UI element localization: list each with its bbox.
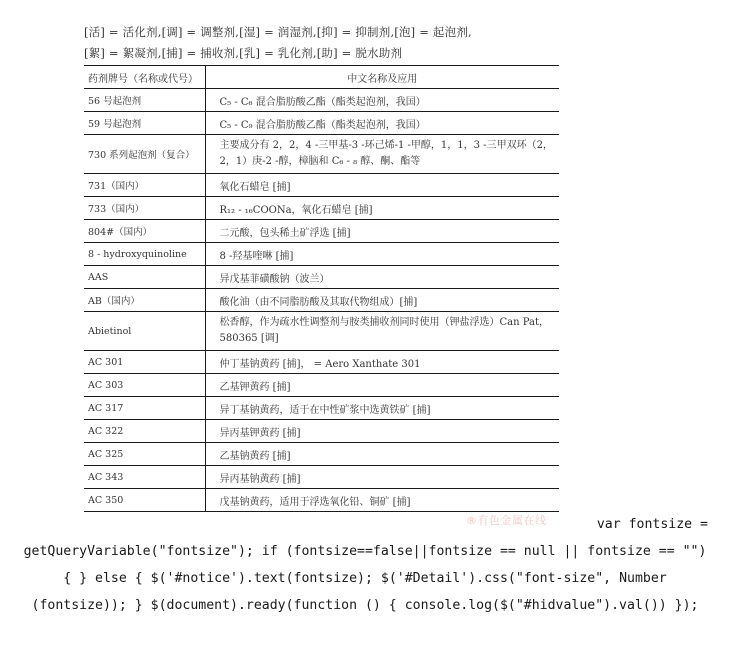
reagent-code: AC 303 — [84, 374, 205, 397]
table-row: AC 325 乙基钠黄药 [捕] — [84, 443, 559, 466]
table-row: Abietinol 松香醇，作为疏水性调整剂与胺类捕收剂同时使用（钾盐浮选）Ca… — [84, 312, 559, 351]
table-row: AC 343 异丙基钠黄药 [捕] — [84, 466, 559, 489]
leaked-script-text: var fontsize = getQueryVariable("fontsiz… — [0, 511, 730, 619]
reagent-description: 酸化油（由不同脂肪酸及其取代物组成）[捕] — [205, 289, 559, 312]
reagent-code: 8 - hydroxyquinoline — [84, 243, 205, 266]
table-row: AC 303 乙基钾黄药 [捕] — [84, 374, 559, 397]
reagent-code: AC 325 — [84, 443, 205, 466]
table-row: AB（国内） 酸化油（由不同脂肪酸及其取代物组成）[捕] — [84, 289, 559, 312]
reagent-description: 异丁基钠黄药，适于在中性矿浆中选黄铁矿 [捕] — [205, 397, 559, 420]
code-line-1: var fontsize = — [0, 511, 730, 538]
reagent-code: 730 系列起泡剂（复合） — [84, 135, 205, 174]
table-header-row: 药剂牌号（名称或代号） 中文名称及应用 — [84, 66, 559, 89]
reagent-code: AC 350 — [84, 489, 205, 512]
reagent-description: 仲丁基钠黄药 [捕]， = Aero Xanthate 301 — [205, 351, 559, 374]
column-header-description: 中文名称及应用 — [205, 66, 559, 89]
reagent-description: 二元酸，包头稀土矿浮选 [捕] — [205, 220, 559, 243]
reagent-description: 8 -羟基喹啉 [捕] — [205, 243, 559, 266]
code-line-3: { } else { $('#notice').text(fontsize); … — [0, 565, 730, 592]
code-line-4: (fontsize)); } $(document).ready(functio… — [0, 592, 730, 619]
reagent-description: 异丙基钾黄药 [捕] — [205, 420, 559, 443]
table-row: AC 317 异丁基钠黄药，适于在中性矿浆中选黄铁矿 [捕] — [84, 397, 559, 420]
reagent-description: 乙基钠黄药 [捕] — [205, 443, 559, 466]
reagent-description: R₁₂ - ₁₆COONa，氧化石蜡皂 [捕] — [205, 197, 559, 220]
table-row: AAS 异戊基菲磺酸钠（波兰） — [84, 266, 559, 289]
reagent-code: AC 343 — [84, 466, 205, 489]
legend-line-2: [絮] = 絮凝剂,[捕] = 捕收剂,[乳] = 乳化剂,[助] = 脱水助剂 — [84, 43, 564, 64]
reagent-description: 松香醇，作为疏水性调整剂与胺类捕收剂同时使用（钾盐浮选）Can Pat，5803… — [205, 312, 559, 351]
reagent-code: AAS — [84, 266, 205, 289]
reagent-code: AC 317 — [84, 397, 205, 420]
reagent-code: 733（国内） — [84, 197, 205, 220]
reagent-code: Abietinol — [84, 312, 205, 351]
table-row: 59 号起泡剂 C₅ - C₉ 混合脂肪酸乙酯（酯类起泡剂，我国） — [84, 112, 559, 135]
reagent-description: 氧化石蜡皂 [捕] — [205, 174, 559, 197]
reagent-code: AC 301 — [84, 351, 205, 374]
table-row: AC 322 异丙基钾黄药 [捕] — [84, 420, 559, 443]
table-row: 56 号起泡剂 C₅ - C₆ 混合脂肪酸乙酯（酯类起泡剂，我国） — [84, 89, 559, 112]
abbreviation-legend: [活] = 活化剂,[调] = 调整剂,[湿] = 润湿剂,[抑] = 抑制剂,… — [84, 22, 564, 64]
table-row: AC 301 仲丁基钠黄药 [捕]， = Aero Xanthate 301 — [84, 351, 559, 374]
legend-line-1: [活] = 活化剂,[调] = 调整剂,[湿] = 润湿剂,[抑] = 抑制剂,… — [84, 22, 564, 43]
reagent-code: AC 322 — [84, 420, 205, 443]
table-row: 733（国内） R₁₂ - ₁₆COONa，氧化石蜡皂 [捕] — [84, 197, 559, 220]
reagent-description: 戊基钠黄药，适用于浮选氧化铅、铜矿 [捕] — [205, 489, 559, 512]
table-row: AC 350 戊基钠黄药，适用于浮选氧化铅、铜矿 [捕] — [84, 489, 559, 512]
code-line-2: getQueryVariable("fontsize"); if (fontsi… — [0, 538, 730, 565]
reagent-code: AB（国内） — [84, 289, 205, 312]
reagent-description: 异丙基钠黄药 [捕] — [205, 466, 559, 489]
reagent-description: 异戊基菲磺酸钠（波兰） — [205, 266, 559, 289]
reagent-description: C₅ - C₉ 混合脂肪酸乙酯（酯类起泡剂，我国） — [205, 112, 559, 135]
table-row: 8 - hydroxyquinoline 8 -羟基喹啉 [捕] — [84, 243, 559, 266]
reagent-description: C₅ - C₆ 混合脂肪酸乙酯（酯类起泡剂，我国） — [205, 89, 559, 112]
reagent-code: 59 号起泡剂 — [84, 112, 205, 135]
reagent-code: 56 号起泡剂 — [84, 89, 205, 112]
reagent-description: 乙基钾黄药 [捕] — [205, 374, 559, 397]
table-row: 731（国内） 氧化石蜡皂 [捕] — [84, 174, 559, 197]
reagent-code: 804#（国内） — [84, 220, 205, 243]
table-row: 804#（国内） 二元酸，包头稀土矿浮选 [捕] — [84, 220, 559, 243]
reagent-code: 731（国内） — [84, 174, 205, 197]
reagent-description: 主要成分有 2，2，4 -三甲基-3 -环己烯-1 -甲醇，1，1，3 -三甲双… — [205, 135, 559, 174]
column-header-code: 药剂牌号（名称或代号） — [84, 66, 205, 89]
reagent-table: 药剂牌号（名称或代号） 中文名称及应用 56 号起泡剂 C₅ - C₆ 混合脂肪… — [84, 65, 559, 512]
table-row: 730 系列起泡剂（复合） 主要成分有 2，2，4 -三甲基-3 -环己烯-1 … — [84, 135, 559, 174]
